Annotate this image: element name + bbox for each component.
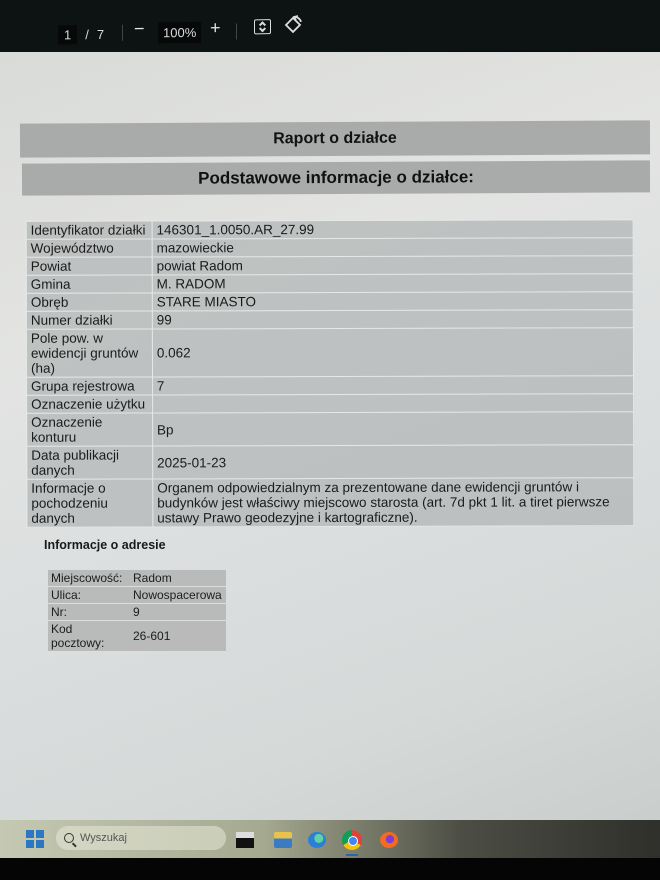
page-indicator: 1 / 7 bbox=[58, 25, 104, 44]
field-value: M. RADOM bbox=[152, 274, 633, 293]
windows-start-icon[interactable] bbox=[26, 830, 44, 848]
field-label: Powiat bbox=[26, 257, 152, 275]
page-separator: / bbox=[85, 27, 89, 42]
field-value: powiat Radom bbox=[152, 256, 633, 275]
address-row: Kod pocztowy:26-601 bbox=[48, 621, 226, 652]
parcel-info-table: Identyfikator działki146301_1.0050.AR_27… bbox=[26, 219, 635, 528]
field-value: STARE MIASTO bbox=[152, 292, 633, 311]
address-value: 9 bbox=[130, 604, 226, 621]
field-label: Gmina bbox=[26, 275, 152, 293]
current-page-input[interactable]: 1 bbox=[58, 25, 77, 44]
address-label: Miejscowość: bbox=[48, 570, 130, 587]
table-row: Numer działki99 bbox=[26, 310, 633, 330]
field-value: 99 bbox=[152, 310, 633, 329]
field-label: Informacje o pochodzeniu danych bbox=[27, 479, 153, 527]
search-placeholder: Wyszukaj bbox=[80, 832, 127, 844]
field-label: Województwo bbox=[26, 239, 152, 257]
field-label: Obręb bbox=[26, 293, 152, 311]
address-table: Miejscowość:RadomUlica:NowospacerowaNr:9… bbox=[48, 570, 226, 652]
address-row: Miejscowość:Radom bbox=[48, 570, 226, 587]
address-row: Nr:9 bbox=[48, 604, 226, 621]
field-value: 7 bbox=[152, 376, 633, 395]
chrome-browser-icon[interactable] bbox=[342, 830, 362, 850]
rotate-icon[interactable] bbox=[283, 15, 303, 35]
table-row: Oznaczenie konturuBp bbox=[27, 412, 634, 447]
field-value: Bp bbox=[152, 412, 633, 446]
firefox-browser-icon[interactable] bbox=[380, 832, 398, 848]
report-title: Raport o działce bbox=[20, 120, 650, 157]
pdf-page: Raport o działce Podstawowe informacje o… bbox=[0, 52, 660, 827]
field-label: Identyfikator działki bbox=[26, 221, 152, 239]
address-value: Radom bbox=[130, 570, 226, 587]
table-row: ObrębSTARE MIASTO bbox=[26, 292, 633, 312]
total-pages: 7 bbox=[97, 27, 104, 42]
windows-taskbar: Wyszukaj bbox=[0, 820, 660, 858]
active-app-indicator bbox=[346, 854, 358, 856]
field-value: 146301_1.0050.AR_27.99 bbox=[152, 220, 633, 239]
address-section-title: Informacje o adresie bbox=[44, 538, 166, 552]
table-row: Oznaczenie użytku bbox=[27, 394, 634, 414]
address-label: Kod pocztowy: bbox=[48, 621, 130, 652]
table-row: Grupa rejestrowa7 bbox=[27, 376, 634, 396]
table-row: Województwomazowieckie bbox=[26, 238, 633, 258]
table-row: Data publikacji danych2025-01-23 bbox=[27, 445, 634, 480]
field-value: 2025-01-23 bbox=[153, 445, 634, 479]
search-icon bbox=[64, 833, 74, 843]
address-value: 26-601 bbox=[130, 621, 226, 652]
zoom-in-button[interactable]: + bbox=[210, 18, 221, 39]
address-label: Ulica: bbox=[48, 587, 130, 604]
field-value: mazowieckie bbox=[152, 238, 633, 257]
taskbar-search[interactable]: Wyszukaj bbox=[56, 826, 226, 850]
field-label: Numer działki bbox=[26, 311, 152, 329]
edge-browser-icon[interactable] bbox=[308, 832, 326, 848]
field-label: Data publikacji danych bbox=[27, 446, 153, 479]
address-row: Ulica:Nowospacerowa bbox=[48, 587, 226, 604]
address-label: Nr: bbox=[48, 604, 130, 621]
monitor-bezel bbox=[0, 858, 660, 880]
field-label: Oznaczenie użytku bbox=[27, 395, 153, 413]
pdf-viewer-toolbar: 1 / 7 − 100% + bbox=[0, 0, 660, 56]
fit-page-icon[interactable] bbox=[254, 19, 271, 34]
field-label: Grupa rejestrowa bbox=[27, 377, 153, 395]
field-value: 0.062 bbox=[152, 328, 633, 377]
table-row: Pole pow. w ewidencji gruntów (ha)0.062 bbox=[26, 328, 633, 378]
field-value: Organem odpowiedzialnym za prezentowane … bbox=[153, 478, 634, 527]
zoom-level-input[interactable]: 100% bbox=[158, 22, 201, 43]
address-value: Nowospacerowa bbox=[130, 587, 226, 604]
table-row: Informacje o pochodzeniu danychOrganem o… bbox=[27, 478, 634, 528]
terminal-app-icon[interactable] bbox=[236, 832, 254, 848]
table-row: Identyfikator działki146301_1.0050.AR_27… bbox=[26, 220, 633, 240]
table-row: Powiatpowiat Radom bbox=[26, 256, 633, 276]
field-label: Pole pow. w ewidencji gruntów (ha) bbox=[26, 329, 152, 377]
zoom-out-button[interactable]: − bbox=[134, 18, 145, 39]
toolbar-divider bbox=[236, 24, 237, 40]
toolbar-divider bbox=[122, 25, 123, 41]
file-explorer-icon[interactable] bbox=[274, 832, 292, 848]
table-row: GminaM. RADOM bbox=[26, 274, 633, 294]
field-value bbox=[152, 394, 633, 413]
section-title: Podstawowe informacje o działce: bbox=[22, 160, 650, 195]
field-label: Oznaczenie konturu bbox=[27, 413, 153, 446]
